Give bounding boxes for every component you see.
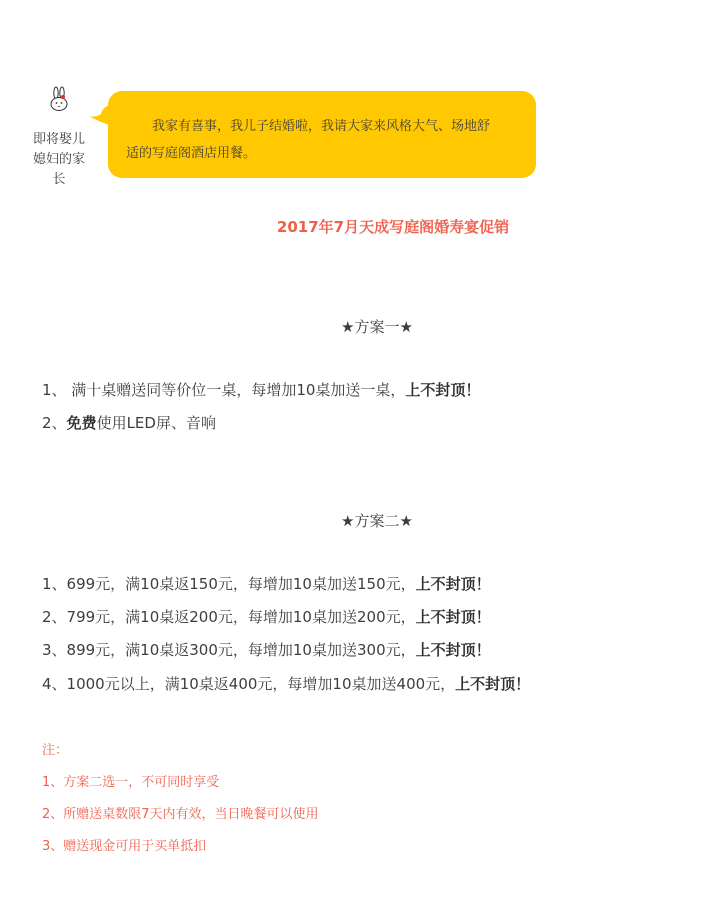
plan2-item: 3、899元，满10桌返300元，每增加10桌加送300元，上不封顶！	[42, 639, 491, 660]
plan1-heading: ★方案一★	[0, 316, 720, 337]
page-title: 2017年7月天成写庭阁婚寿宴促销	[0, 216, 720, 237]
speaker-name-line: 媳妇的家	[26, 150, 92, 170]
plan1-item: 1、 满十桌赠送同等价位一桌，每增加10桌加送一桌，上不封顶！	[42, 379, 480, 400]
plan2-item: 1、699元，满10桌返150元，每增加10桌加送150元，上不封顶！	[42, 573, 491, 594]
bubble-line: 适的写庭阁酒店用餐。	[126, 138, 518, 169]
plan2-item: 4、1000元以上，满10桌返400元，每增加10桌加送400元，上不封顶！	[42, 673, 530, 694]
note-item: 2、所赠送桌数限7天内有效，当日晚餐可以使用	[42, 803, 319, 822]
speaker-name-line: 即将娶儿	[26, 130, 92, 150]
speaker: 即将娶儿 媳妇的家 长	[26, 86, 92, 190]
speech-bubble: 我家有喜事，我儿子结婚啦，我请大家来风格大气、场地舒 适的写庭阁酒店用餐。	[108, 91, 536, 178]
notes-heading: 注：	[42, 739, 68, 758]
plan2-heading: ★方案二★	[0, 510, 720, 531]
speaker-name-line: 长	[26, 170, 92, 190]
rabbit-icon	[47, 86, 71, 112]
plan2-item: 2、799元，满10桌返200元，每增加10桌加送200元，上不封顶！	[42, 606, 491, 627]
note-item: 3、赠送现金可用于买单抵扣	[42, 835, 206, 854]
note-item: 1、方案二选一，不可同时享受	[42, 771, 219, 790]
plan1-item: 2、免费使用LED屏、音响	[42, 412, 216, 433]
